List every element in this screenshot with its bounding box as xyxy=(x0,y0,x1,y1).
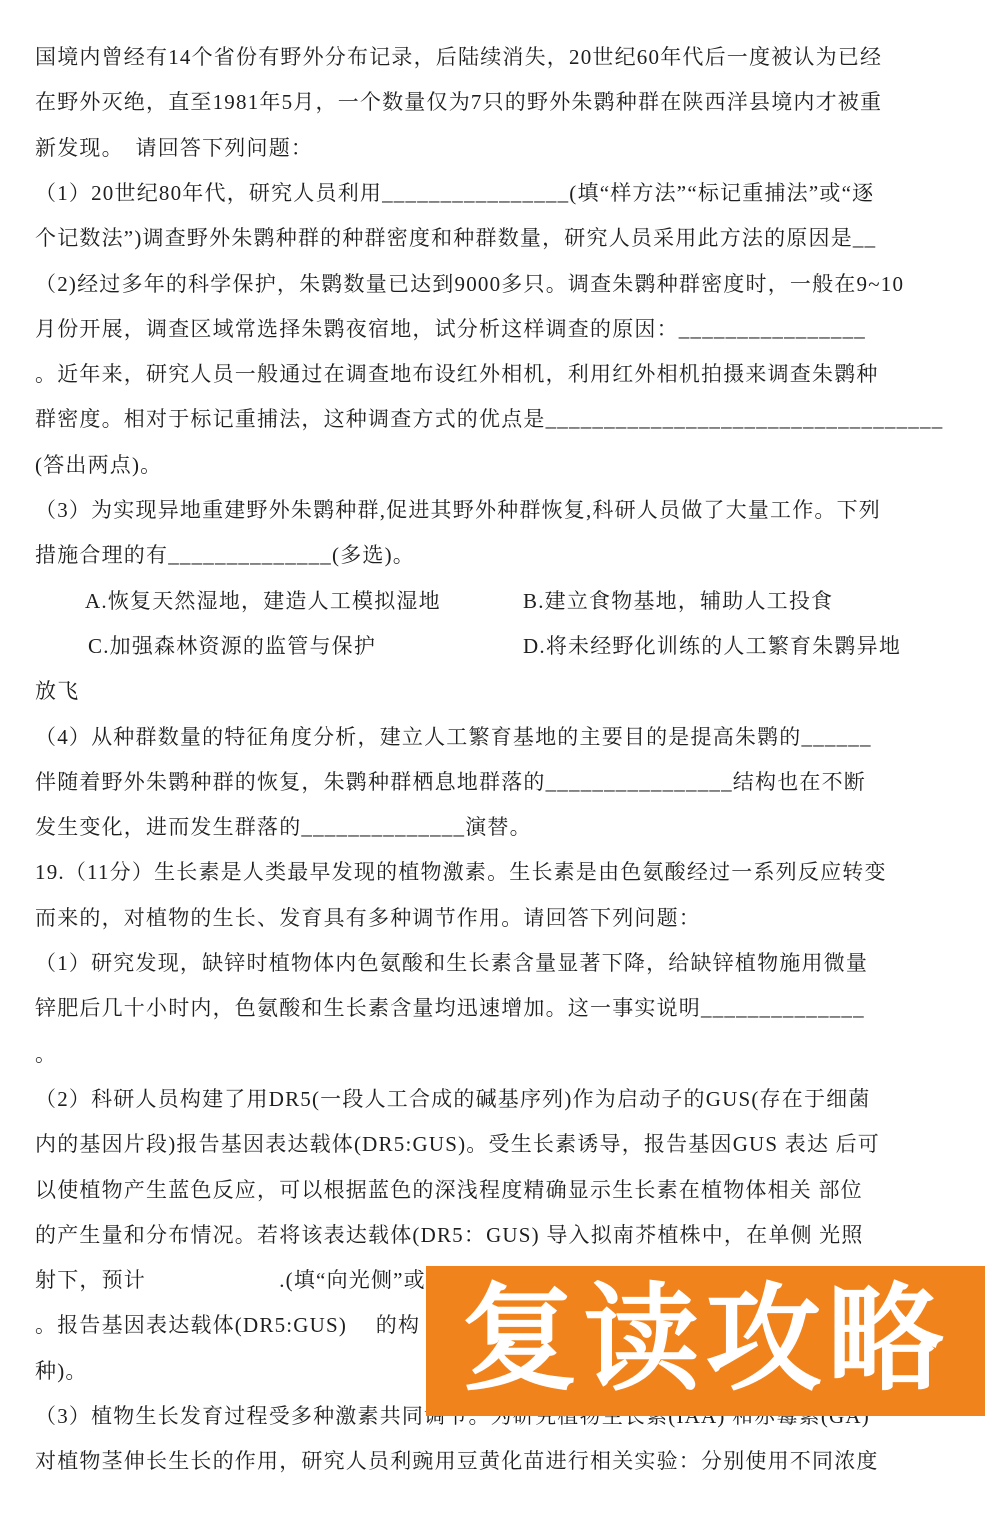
option-a: A.恢复天然湿地，建造人工模拟湿地 xyxy=(85,588,441,615)
text-line: 种)。 xyxy=(35,1358,88,1385)
text-line: 。 xyxy=(35,1041,57,1068)
text-line: 发生变化，进而发生群落的______________演替。 xyxy=(35,814,532,841)
text-line: 对植物茎伸长生长的作用，研究人员利豌用豆黄化苗进行相关实验：分别使用不同浓度 xyxy=(35,1448,879,1475)
text-line: 以使植物产生蓝色反应，可以根据蓝色的深浅程度精确显示生长素在植物体相关 部位 xyxy=(35,1177,863,1204)
text-line: 放飞 xyxy=(35,678,79,705)
text-line: 锌肥后几十小时内，色氨酸和生长素含量均迅速增加。这一事实说明__________… xyxy=(35,995,865,1022)
question-4-line: （4）从种群数量的特征角度分析，建立人工繁育基地的主要目的是提高朱鹮的_____… xyxy=(35,724,872,751)
text-line: 月份开展，调查区域常选择朱鹮夜宿地，试分析这样调查的原因：___________… xyxy=(35,316,866,343)
question-19-line: 19.（11分）生长素是人类最早发现的植物激素。生长素是由色氨酸经过一系列反应转… xyxy=(35,859,887,886)
text-line: 而来的，对植物的生长、发育具有多种调节作用。请回答下列问题： xyxy=(35,905,701,932)
text-line: 在野外灭绝，直至1981年5月，一个数量仅为7只的野外朱鹮种群在陕西洋县境内才被… xyxy=(35,89,882,116)
text-line: 国境内曾经有14个省份有野外分布记录，后陆续消失，20世纪60年代后一度被认为已… xyxy=(35,44,882,71)
text-line: 。报告基因表达载体(DR5:GUS) 的构 xyxy=(35,1312,420,1339)
question-19-1-line: （1）研究发现，缺锌时植物体内色氨酸和生长素含量显著下降，给缺锌植物施用微量 xyxy=(35,950,868,977)
watermark-text: 复读攻略 xyxy=(462,1281,950,1397)
text-line: 群密度。相对于标记重捕法，这种调查方式的优点是_________________… xyxy=(35,406,943,433)
text-line: 个记数法”)调查野外朱鹮种群的种群密度和种群数量，研究人员采用此方法的原因是__ xyxy=(35,225,876,252)
text-line: (答出两点)。 xyxy=(35,452,162,479)
text-line: 新发现。 请回答下列问题： xyxy=(35,135,313,162)
text-line: 措施合理的有______________(多选)。 xyxy=(35,542,415,569)
question-3-line: （3）为实现异地重建野外朱鹮种群,促进其野外种群恢复,科研人员做了大量工作。下列 xyxy=(35,497,881,524)
watermark-banner: 复读攻略 xyxy=(426,1266,985,1416)
option-b: B.建立食物基地，辅助人工投食 xyxy=(523,588,833,615)
text-line: 内的基因片段)报告基因表达载体(DR5:GUS)。受生长素诱导，报告基因GUS … xyxy=(35,1131,880,1158)
question-2-line: （2)经过多年的科学保护，朱鹮数量已达到9000多只。调查朱鹮种群密度时，一般在… xyxy=(35,271,904,298)
question-1-line: （1）20世纪80年代，研究人员利用________________(填“样方法… xyxy=(35,180,874,207)
text-line: 。近年来，研究人员一般通过在调查地布设红外相机，利用红外相机拍摄来调查朱鹮种 xyxy=(35,361,879,388)
text-line: 伴随着野外朱鹮种群的恢复，朱鹮种群栖息地群落的________________结… xyxy=(35,769,866,796)
exam-page: 国境内曾经有14个省份有野外分布记录，后陆续消失，20世纪60年代后一度被认为已… xyxy=(0,0,1000,1525)
question-19-2-line: （2）科研人员构建了用DR5(一段人工合成的碱基序列)作为启动子的GUS(存在于… xyxy=(35,1086,871,1113)
option-c: C.加强森林资源的监管与保护 xyxy=(88,633,376,660)
text-line: 的产生量和分布情况。若将该表达载体(DR5：GUS) 导入拟南芥植株中，在单侧 … xyxy=(35,1222,864,1249)
option-d: D.将未经野化训练的人工繁育朱鹮异地 xyxy=(523,633,901,660)
